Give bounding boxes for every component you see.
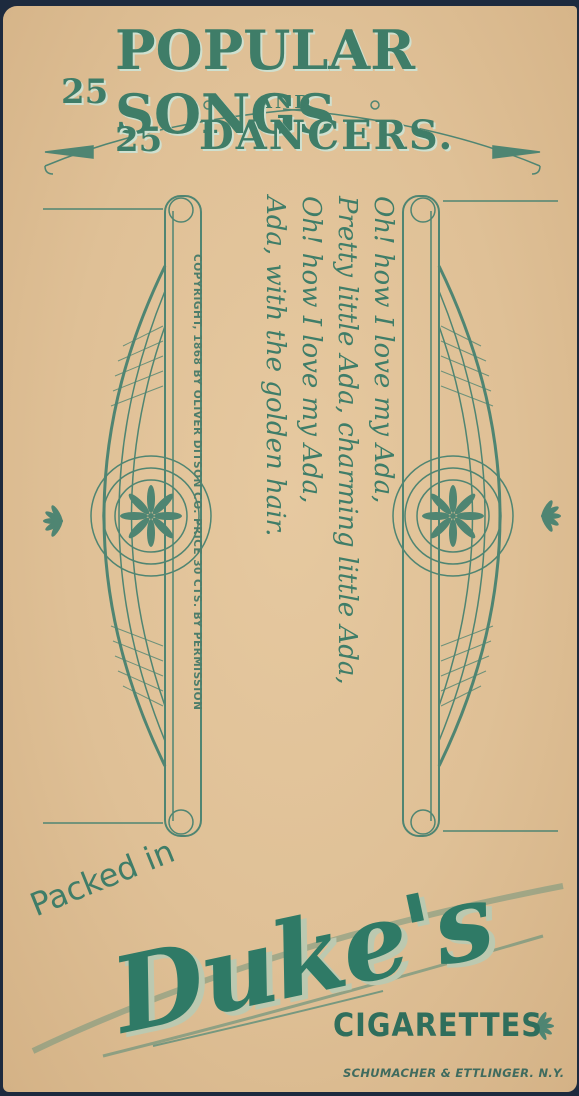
lyric-line: Ada, with the golden hair. bbox=[257, 196, 293, 856]
header-number-bottom: 25 bbox=[115, 120, 162, 160]
copyright-notice: COPYRIGHT, 1868 BY OLIVER DITSON CO. PRI… bbox=[191, 254, 203, 814]
header-number-top: 25 bbox=[61, 72, 108, 112]
trade-card: 25 POPULAR SONGS AND 25 DANCERS. COPYRIG… bbox=[3, 6, 577, 1092]
header-dancers: DANCERS. bbox=[199, 112, 454, 159]
lyric-line: Oh! how I love my Ada, bbox=[365, 196, 401, 856]
printer-credit: SCHUMACHER & ETTLINGER. N.Y. bbox=[343, 1066, 564, 1080]
product-cigarettes: CIGARETTES bbox=[333, 1006, 543, 1044]
lyric-line: Oh! how I love my Ada, bbox=[293, 196, 329, 856]
song-lyrics: Oh! how I love my Ada, Pretty little Ada… bbox=[221, 196, 401, 856]
lyric-line: Pretty little Ada, charming little Ada, bbox=[329, 196, 365, 856]
header-and: AND bbox=[258, 92, 313, 113]
